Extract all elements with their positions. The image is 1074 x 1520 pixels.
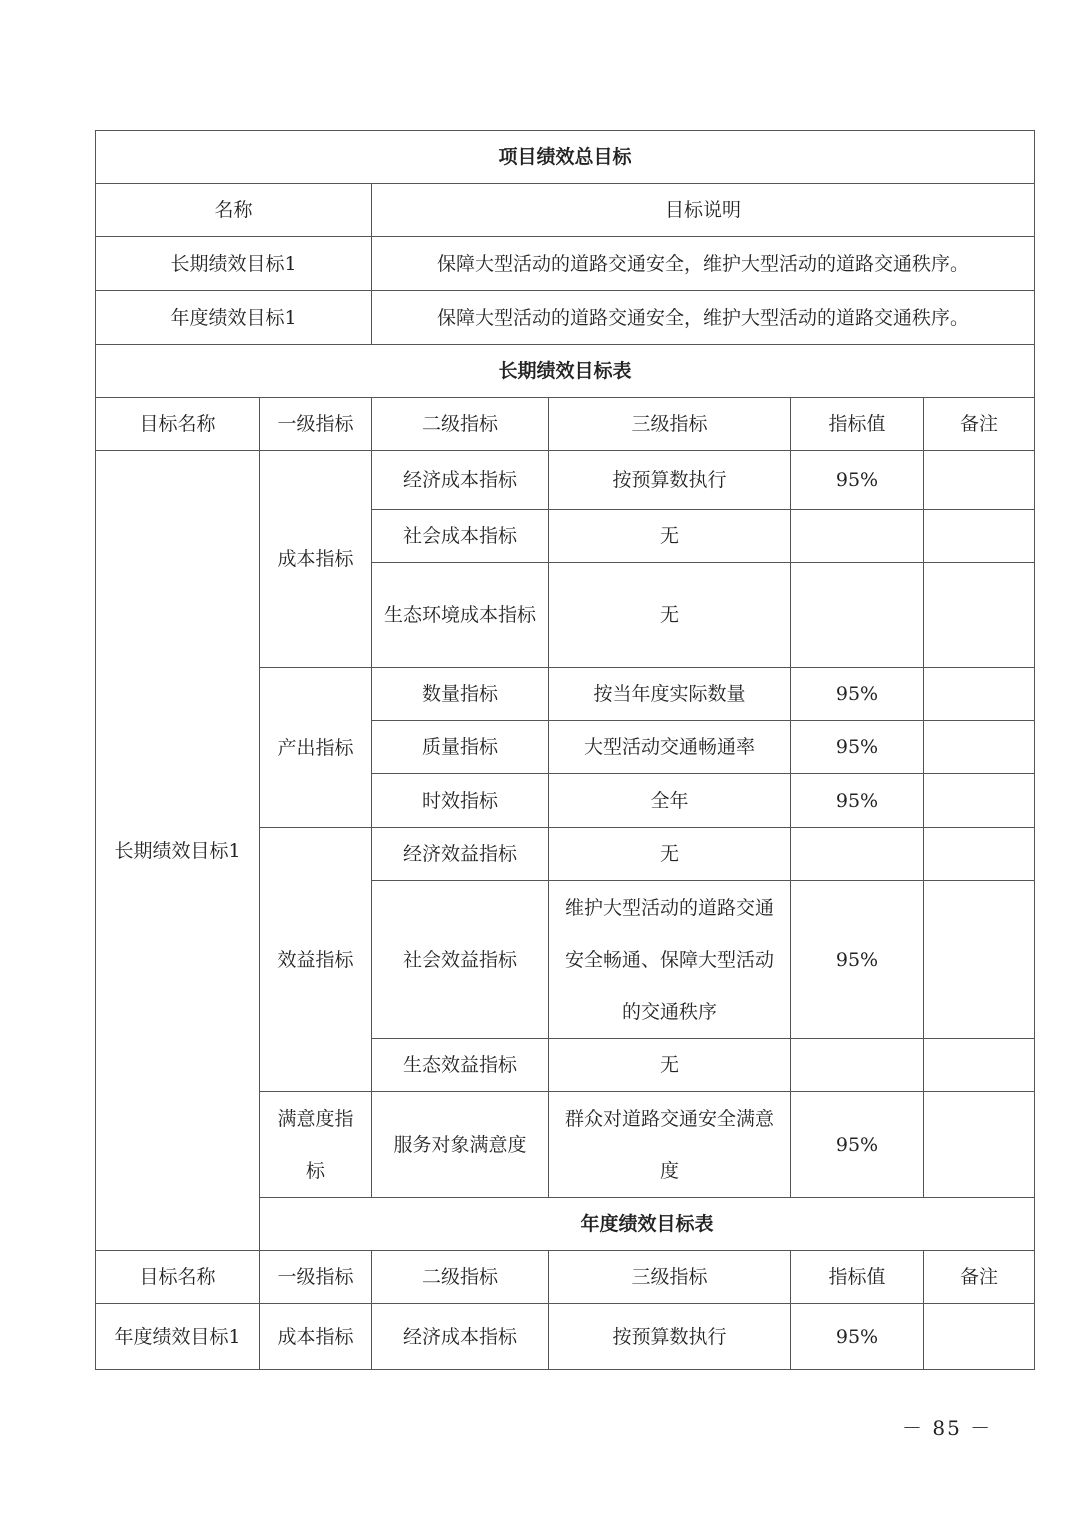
overall-title: 项目绩效总目标: [96, 131, 1035, 184]
long-term-title: 长期绩效目标表: [96, 345, 1035, 398]
level3-cell: 无: [549, 563, 791, 668]
level3-cell: 大型活动交通畅通率: [549, 721, 791, 774]
note-cell: [924, 721, 1035, 774]
level2-cell: 经济成本指标: [372, 451, 549, 510]
header-level2: 二级指标: [372, 398, 549, 451]
level2-cell: 质量指标: [372, 721, 549, 774]
note-cell: [924, 1092, 1035, 1198]
note-cell: [924, 1039, 1035, 1092]
level3-cell: 无: [549, 828, 791, 881]
level3-cell: 全年: [549, 774, 791, 828]
value-cell: 95%: [791, 881, 924, 1039]
header-note: 备注: [924, 398, 1035, 451]
value-cell: 95%: [791, 721, 924, 774]
level3-cell: 无: [549, 1039, 791, 1092]
level3-cell: 按预算数执行: [549, 451, 791, 510]
annual-goal-name: 年度绩效目标1: [96, 1304, 260, 1370]
overall-row-desc: 保障大型活动的道路交通安全，维护大型活动的道路交通秩序。: [372, 237, 1035, 291]
header-value: 指标值: [791, 398, 924, 451]
level1-cell: 成本指标: [260, 451, 372, 668]
value-cell: 95%: [791, 451, 924, 510]
note-cell: [924, 451, 1035, 510]
note-cell: [924, 563, 1035, 668]
note-cell: [924, 828, 1035, 881]
value-cell: 95%: [791, 1304, 924, 1370]
level2-cell: 社会成本指标: [372, 510, 549, 563]
note-cell: [924, 668, 1035, 721]
note-cell: [924, 510, 1035, 563]
overall-row-desc: 保障大型活动的道路交通安全，维护大型活动的道路交通秩序。: [372, 291, 1035, 345]
overall-row-name: 年度绩效目标1: [96, 291, 372, 345]
overall-header-desc: 目标说明: [372, 184, 1035, 237]
overall-header-name: 名称: [96, 184, 372, 237]
level3-cell: 按当年度实际数量: [549, 668, 791, 721]
level2-cell: 生态环境成本指标: [372, 563, 549, 668]
value-cell: [791, 1039, 924, 1092]
level3-cell: 按预算数执行: [549, 1304, 791, 1370]
level2-cell: 时效指标: [372, 774, 549, 828]
value-cell: [791, 510, 924, 563]
level1-cell: 满意度指标: [260, 1092, 372, 1198]
value-cell: 95%: [791, 1092, 924, 1198]
header-level1: 一级指标: [260, 398, 372, 451]
performance-goals-table: 项目绩效总目标 名称 目标说明 长期绩效目标1 保障大型活动的道路交通安全，维护…: [95, 130, 1035, 1370]
level2-cell: 数量指标: [372, 668, 549, 721]
header-goal-name: 目标名称: [96, 1251, 260, 1304]
note-cell: [924, 881, 1035, 1039]
value-cell: 95%: [791, 668, 924, 721]
header-level3: 三级指标: [549, 1251, 791, 1304]
level3-cell: 维护大型活动的道路交通安全畅通、保障大型活动的交通秩序: [549, 881, 791, 1039]
level2-cell: 经济成本指标: [372, 1304, 549, 1370]
page-number: － 85 －: [902, 1412, 992, 1441]
header-goal-name: 目标名称: [96, 398, 260, 451]
header-level2: 二级指标: [372, 1251, 549, 1304]
level2-cell: 生态效益指标: [372, 1039, 549, 1092]
note-cell: [924, 1304, 1035, 1370]
value-cell: [791, 563, 924, 668]
level2-cell: 经济效益指标: [372, 828, 549, 881]
level3-cell: 无: [549, 510, 791, 563]
level1-cell: 成本指标: [260, 1304, 372, 1370]
note-cell: [924, 774, 1035, 828]
header-level3: 三级指标: [549, 398, 791, 451]
header-note: 备注: [924, 1251, 1035, 1304]
value-cell: [791, 828, 924, 881]
level3-cell: 群众对道路交通安全满意度: [549, 1092, 791, 1198]
value-cell: 95%: [791, 774, 924, 828]
overall-row-name: 长期绩效目标1: [96, 237, 372, 291]
header-value: 指标值: [791, 1251, 924, 1304]
annual-title: 年度绩效目标表: [260, 1198, 1035, 1251]
level1-cell: 产出指标: [260, 668, 372, 828]
level1-cell: 效益指标: [260, 828, 372, 1092]
long-term-goal-name: 长期绩效目标1: [96, 451, 260, 1251]
level2-cell: 服务对象满意度: [372, 1092, 549, 1198]
header-level1: 一级指标: [260, 1251, 372, 1304]
level2-cell: 社会效益指标: [372, 881, 549, 1039]
